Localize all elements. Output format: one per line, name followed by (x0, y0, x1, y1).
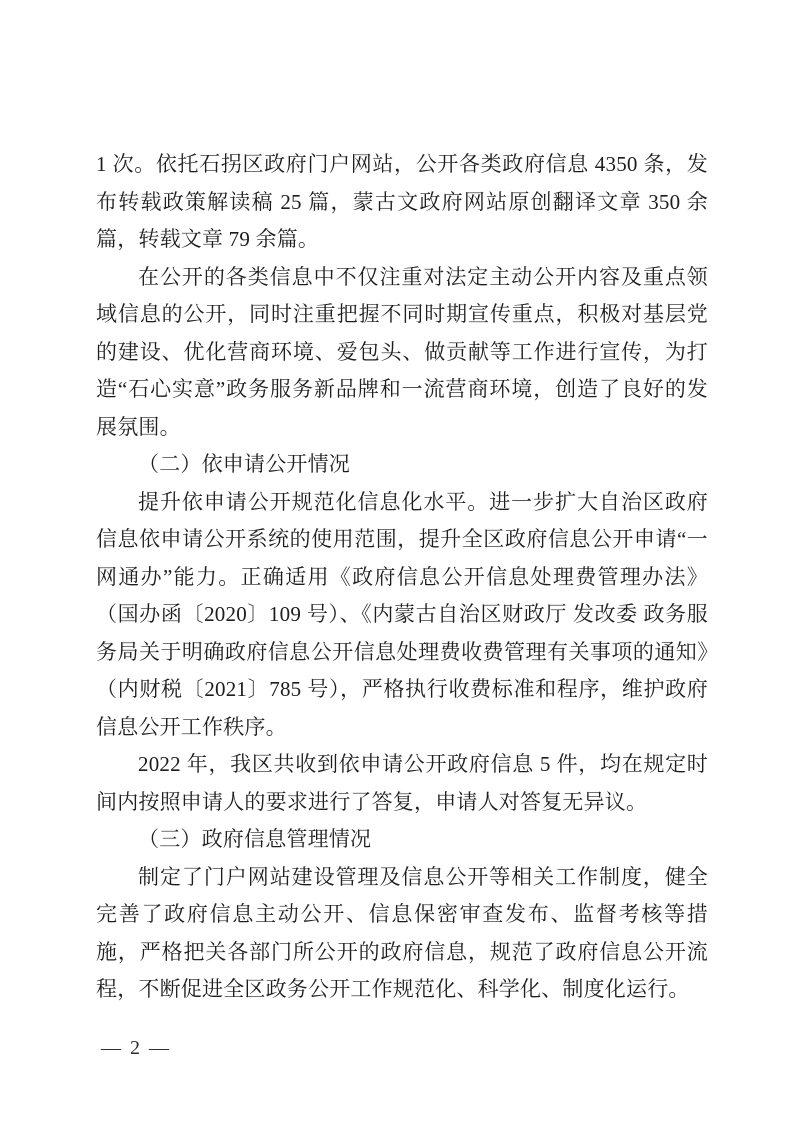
page-number: — 2 — (101, 1036, 171, 1060)
paragraph-continuation: 1 次。依托石拐区政府门户网站，公开各类政府信息 4350 条，发布转载政策解读… (96, 146, 708, 259)
document-page: 1 次。依托石拐区政府门户网站，公开各类政府信息 4350 条，发布转载政策解读… (0, 0, 793, 1122)
document-body: 1 次。依托石拐区政府门户网站，公开各类政府信息 4350 条，发布转载政策解读… (96, 146, 708, 1009)
section-heading-2: （二）依申请公开情况 (96, 446, 708, 484)
section-heading-3: （三）政府信息管理情况 (96, 821, 708, 859)
paragraph-body: 提升依申请公开规范化信息化水平。进一步扩大自治区政府信息依申请公开系统的使用范围… (96, 484, 708, 747)
paragraph-body: 在公开的各类信息中不仅注重对法定主动公开内容及重点领域信息的公开，同时注重把握不… (96, 259, 708, 447)
paragraph-body: 2022 年，我区共收到依申请公开政府信息 5 件，均在规定时间内按照申请人的要… (96, 746, 708, 821)
paragraph-body: 制定了门户网站建设管理及信息公开等相关工作制度，健全完善了政府信息主动公开、信息… (96, 859, 708, 1009)
